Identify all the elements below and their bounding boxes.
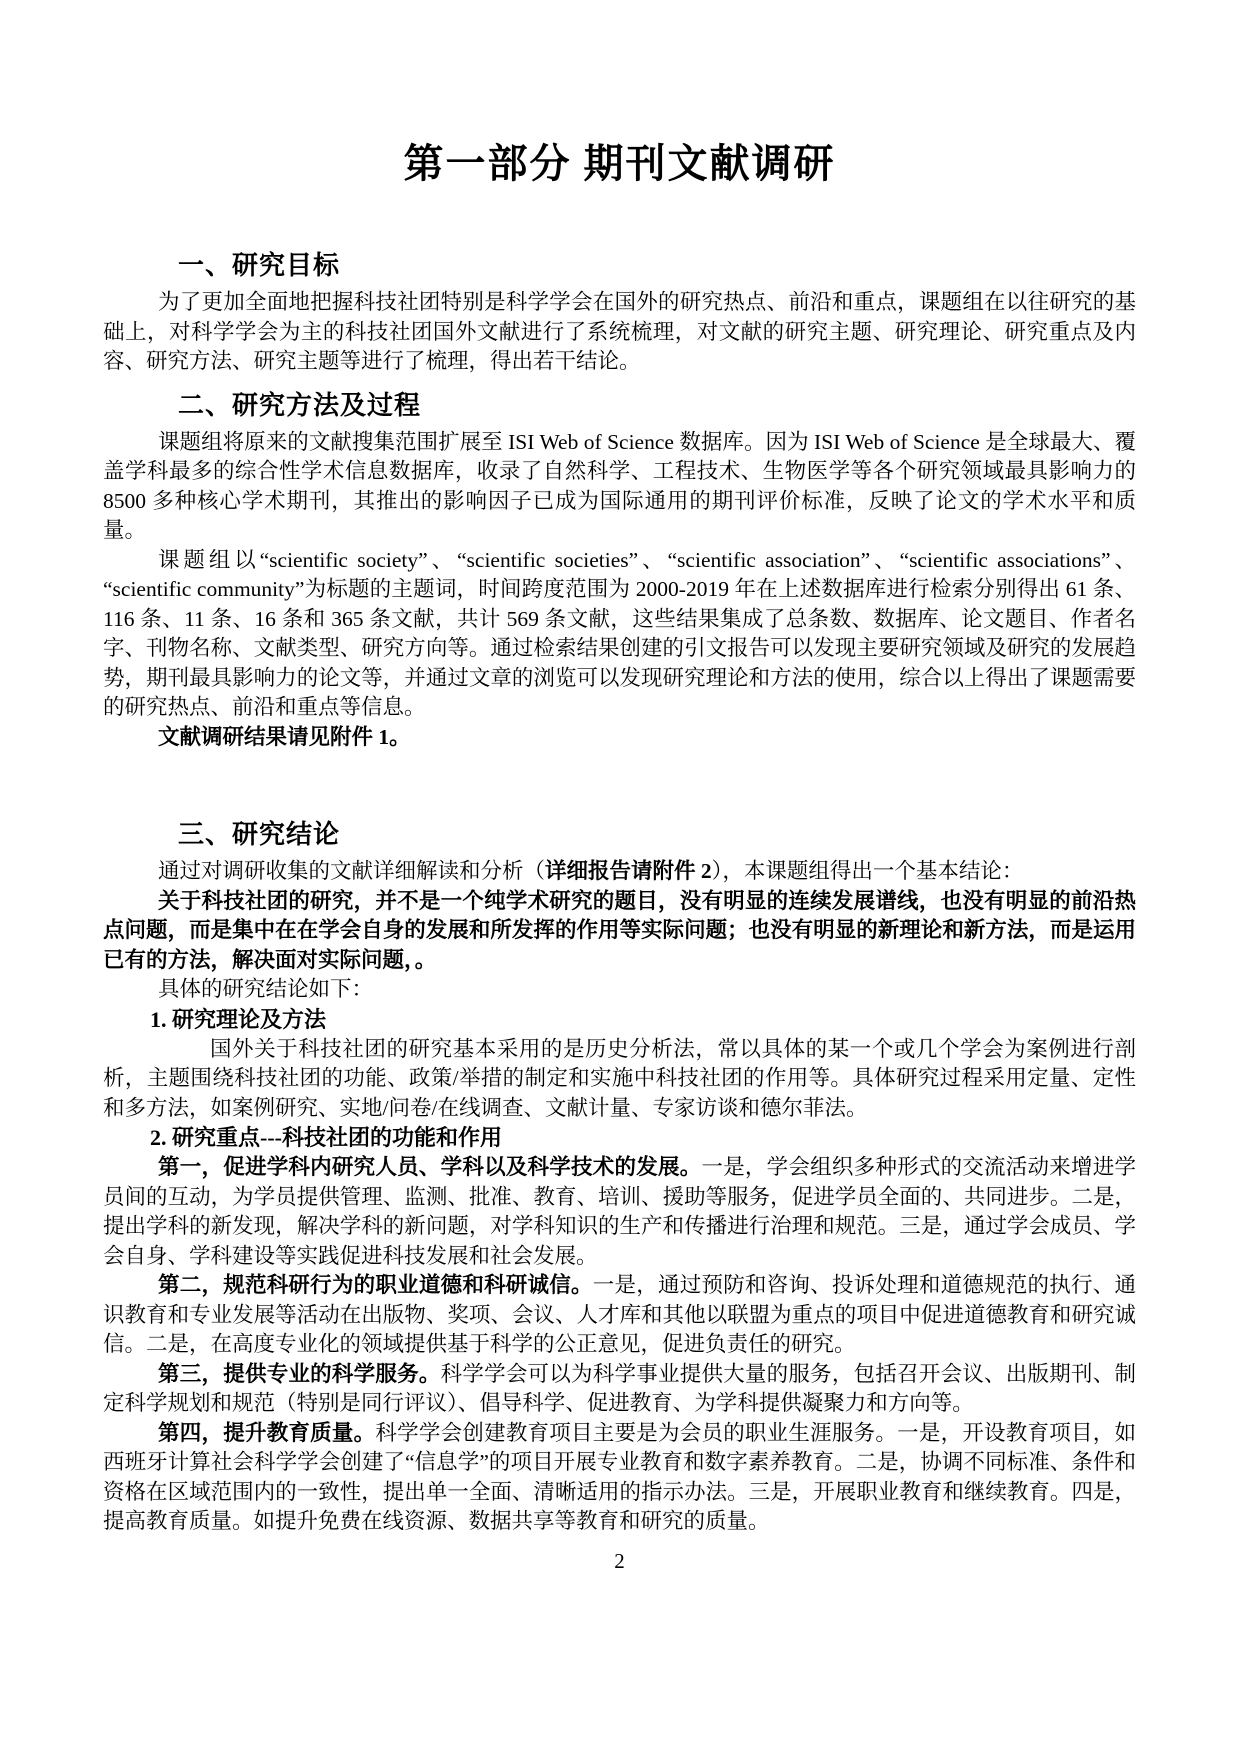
section-1-heading: 一、研究目标	[103, 245, 1136, 282]
document-page: 第一部分 期刊文献调研 一、研究目标 为了更加全面地把握科技社团特别是科学学会在…	[0, 0, 1240, 1753]
conclusion-intro-text-tail: ），本课题组得出一个基本结论：	[712, 859, 1024, 883]
point-4-lead: 第四，提升教育质量。	[158, 1421, 375, 1445]
point-1-lead: 第一，促进学科内研究人员、学科以及科学技术的发展。	[158, 1155, 701, 1179]
page-number: 2	[103, 1547, 1136, 1575]
conclusion-intro-paragraph: 通过对调研收集的文献详细解读和分析（详细报告请附件 2），本课题组得出一个基本结…	[103, 857, 1136, 887]
document-title: 第一部分 期刊文献调研	[103, 132, 1136, 189]
conclusion-intro-text: 通过对调研收集的文献详细解读和分析（	[158, 859, 545, 883]
attachment-note: 文献调研结果请见附件 1。	[103, 723, 1136, 753]
blank-gap	[103, 752, 1136, 806]
subsection-2-heading: 2. 研究重点---科技社团的功能和作用	[103, 1123, 1136, 1153]
point-4-paragraph: 第四，提升教育质量。科学学会创建教育项目主要是为会员的职业生涯服务。一是，开设教…	[103, 1419, 1136, 1537]
point-2-paragraph: 第二，规范科研行为的职业道德和科研诚信。一是，通过预防和咨询、投诉处理和道德规范…	[103, 1271, 1136, 1360]
section-2-heading: 二、研究方法及过程	[103, 385, 1136, 422]
subsection-1-heading: 1. 研究理论及方法	[103, 1005, 1136, 1035]
point-2-lead: 第二，规范科研行为的职业道德和科研诚信。	[158, 1273, 593, 1297]
subsection-1-paragraph: 国外关于科技社团的研究基本采用的是历史分析法，常以具体的某一个或几个学会为案例进…	[103, 1035, 1136, 1124]
point-3-lead: 第三，提供专业的科学服务。	[158, 1362, 441, 1386]
detail-lead-paragraph: 具体的研究结论如下：	[103, 975, 1136, 1005]
section-3-heading: 三、研究结论	[103, 814, 1136, 851]
section-2-paragraph-2: 课题组以“scientific society”、“scientific soc…	[103, 546, 1136, 723]
point-3-paragraph: 第三，提供专业的科学服务。科学学会可以为科学事业提供大量的服务，包括召开会议、出…	[103, 1360, 1136, 1419]
conclusion-intro-bold-note: 详细报告请附件 2	[545, 859, 712, 883]
section-1-paragraph: 为了更加全面地把握科技社团特别是科学学会在国外的研究热点、前沿和重点，课题组在以…	[103, 288, 1136, 377]
main-conclusion-paragraph: 关于科技社团的研究，并不是一个纯学术研究的题目，没有明显的连续发展谱线，也没有明…	[103, 887, 1136, 976]
section-2-paragraph-1: 课题组将原来的文献搜集范围扩展至 ISI Web of Science 数据库。…	[103, 428, 1136, 546]
point-1-paragraph: 第一，促进学科内研究人员、学科以及科学技术的发展。一是，学会组织多种形式的交流活…	[103, 1153, 1136, 1271]
